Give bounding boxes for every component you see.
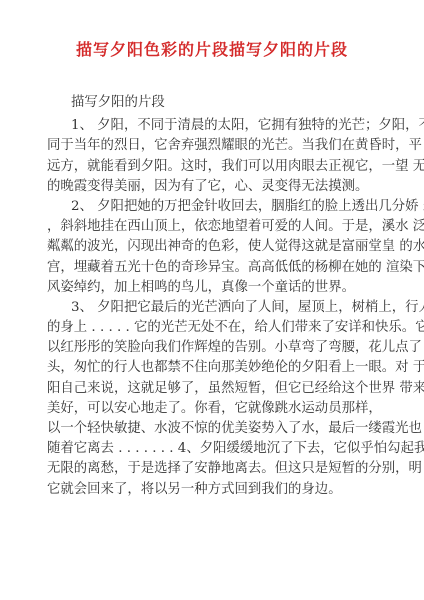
text-line: 阳自己来说，这就足够了，虽然短暂，但它已经给这个世界 带来了 bbox=[47, 379, 379, 399]
text-line: 粼粼的波光，闪现出神奇的色彩，使人觉得这就是富丽堂皇 的水晶 bbox=[47, 237, 379, 257]
text-line: 风姿绰约，加上相鸣的鸟儿，真像一个童话的世界。 bbox=[47, 278, 379, 298]
document-body: 描写夕阳的片段 1、 夕阳，不同于清晨的太阳，它拥有独特的光芒；夕阳，不同于当年… bbox=[47, 93, 379, 500]
document-page: 描写夕阳色彩的片段描写夕阳的片段 描写夕阳的片段 1、 夕阳，不同于清晨的太阳，… bbox=[0, 0, 424, 600]
text-line: 2、 夕阳把她的万把金针收回去，胭脂红的脸上透出几分娇 羞 bbox=[47, 197, 379, 217]
text-line: 美好，可以安心地走了。你看，它就像跳水运动员那样， bbox=[47, 399, 379, 419]
text-line: 随着它离去 . . . . . . . 4、夕阳缓缓地沉了下去，它似乎怕勾起我们 bbox=[47, 439, 379, 459]
text-line: 1、 夕阳，不同于清晨的太阳，它拥有独特的光芒；夕阳，不 bbox=[47, 116, 379, 136]
text-line: 的身上 . . . . . 它的光芒无处不在，给人们带来了安详和快乐。它 bbox=[47, 318, 379, 338]
text-line: 远方，就能看到夕阳。这时，我们可以用肉眼去正视它，一望 无际 bbox=[47, 157, 379, 177]
text-line: ，斜斜地挂在西山顶上，依恋地望着可爱的人间。于是，溪水 泛起 bbox=[47, 217, 379, 237]
text-line: 它就会回来了，将以另一种方式回到我们的身边。 bbox=[47, 480, 379, 500]
text-line: 无限的离愁，于是选择了安静地离去。但这只是短暂的分别，明 早 bbox=[47, 459, 379, 479]
text-line: 以一个轻快敏捷、水波不惊的优美姿势入了水，最后一缕霞光也 伴 bbox=[47, 419, 379, 439]
paragraph-lines: 1、 夕阳，不同于清晨的太阳，它拥有独特的光芒；夕阳，不同于当年的烈日，它舍弃强… bbox=[47, 116, 379, 500]
text-line: 以红彤彤的笑脸向我们作辉煌的告别。小草弯了弯腰，花儿点了 点 bbox=[47, 338, 379, 358]
text-line: 同于当年的烈日，它舍弃强烈耀眼的光芒。当我们在黄昏时，平 视 bbox=[47, 136, 379, 156]
text-line: 宫，埋藏着五光十色的奇珍异宝。高高低低的杨柳在她的 渲染下， bbox=[47, 258, 379, 278]
section-subtitle: 描写夕阳的片段 bbox=[47, 93, 379, 113]
document-title: 描写夕阳色彩的片段描写夕阳的片段 bbox=[0, 40, 424, 60]
text-line: 头，匆忙的行人也都禁不住向那美妙绝伦的夕阳看上一眼。对 于夕 bbox=[47, 358, 379, 378]
text-line: 3、 夕阳把它最后的光芒洒向了人间，屋顶上，树梢上，行人 bbox=[47, 298, 379, 318]
text-line: 的晚霞变得美丽，因为有了它，心、灵变得无法摸测。 bbox=[47, 177, 379, 197]
